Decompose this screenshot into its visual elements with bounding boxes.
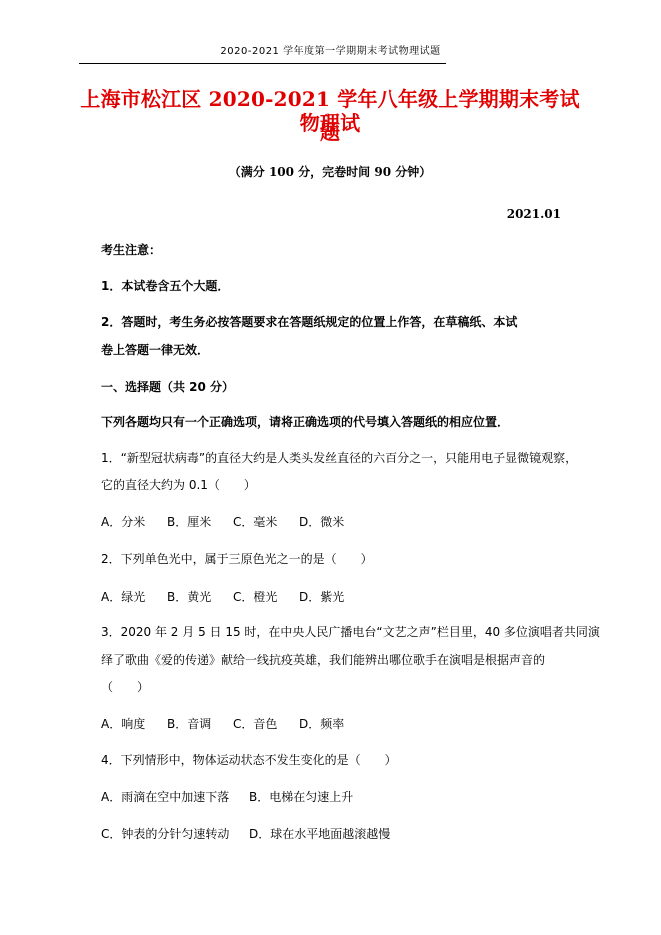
exam-date: 2021.01 (507, 207, 561, 221)
option-d: D．紫光 (299, 589, 344, 605)
option-d: D．球在水平地面越滚越慢 (249, 826, 390, 842)
question-3-options: A．响度B．音调C．音色D．频率 (101, 716, 344, 732)
document-page: 2020-2021 学年度第一学期期末考试物理试题 上海市松江区 2020-20… (0, 0, 661, 935)
question-1-text-continued: 它的直径大约为 0.1（ ） (101, 477, 256, 493)
question-4-text: 4．下列情形中，物体运动状态不发生变化的是（ ） (101, 752, 397, 768)
option-a: A．雨滴在空中加速下落 (101, 789, 249, 805)
notice-item-2-continued: 卷上答题一律无效． (101, 342, 209, 358)
notice-item-2: 2．答题时，考生务必按答题要求在答题纸规定的位置上作答，在草稿纸、本试 (101, 314, 517, 330)
option-b: B．厘米 (167, 514, 233, 530)
option-b: B．电梯在匀速上升 (249, 789, 353, 805)
header-rule (79, 63, 446, 64)
document-title-continued: 题 (80, 120, 580, 144)
question-3-text-continued: 绎了歌曲《爱的传递》献给一线抗疫英雄，我们能辨出哪位歌手在演唱是根据声音的 (101, 652, 545, 668)
question-4-options-row-1: A．雨滴在空中加速下落B．电梯在匀速上升 (101, 789, 353, 805)
option-a: A．分米 (101, 514, 167, 530)
question-1-options: A．分米B．厘米C．毫米D．微米 (101, 514, 344, 530)
exam-info: （满分 100 分，完卷时间 90 分钟） (80, 164, 580, 180)
option-b: B．黄光 (167, 589, 233, 605)
option-d: D．频率 (299, 716, 344, 732)
question-2-options: A．绿光B．黄光C．橙光D．紫光 (101, 589, 344, 605)
running-header: 2020-2021 学年度第一学期期末考试物理试题 (0, 46, 661, 58)
question-4-options-row-2: C．钟表的分针匀速转动D．球在水平地面越滚越慢 (101, 826, 390, 842)
option-c: C．橙光 (233, 589, 299, 605)
section-instruction: 下列各题均只有一个正确选项，请将正确选项的代号填入答题纸的相应位置． (101, 414, 509, 430)
option-d: D．微米 (299, 514, 344, 530)
option-a: A．绿光 (101, 589, 167, 605)
question-2-text: 2．下列单色光中，属于三原色光之一的是（ ） (101, 551, 373, 567)
option-b: B．音调 (167, 716, 233, 732)
notice-item-1: 1．本试卷含五个大题． (101, 278, 229, 294)
question-3-text: 3．2020 年 2 月 5 日 15 时，在中央人民广播电台“文艺之声”栏目里… (101, 624, 600, 640)
section-heading: 一、选择题（共 20 分） (101, 379, 234, 395)
option-c: C．钟表的分针匀速转动 (101, 826, 249, 842)
notice-heading: 考生注意： (101, 242, 161, 258)
question-3-answer-blank: （ ） (101, 679, 149, 695)
question-1-text: 1．“新型冠状病毒”的直径大约是人类头发丝直径的六百分之一，只能用电子显微镜观察… (101, 450, 577, 466)
option-c: C．毫米 (233, 514, 299, 530)
option-a: A．响度 (101, 716, 167, 732)
option-c: C．音色 (233, 716, 299, 732)
